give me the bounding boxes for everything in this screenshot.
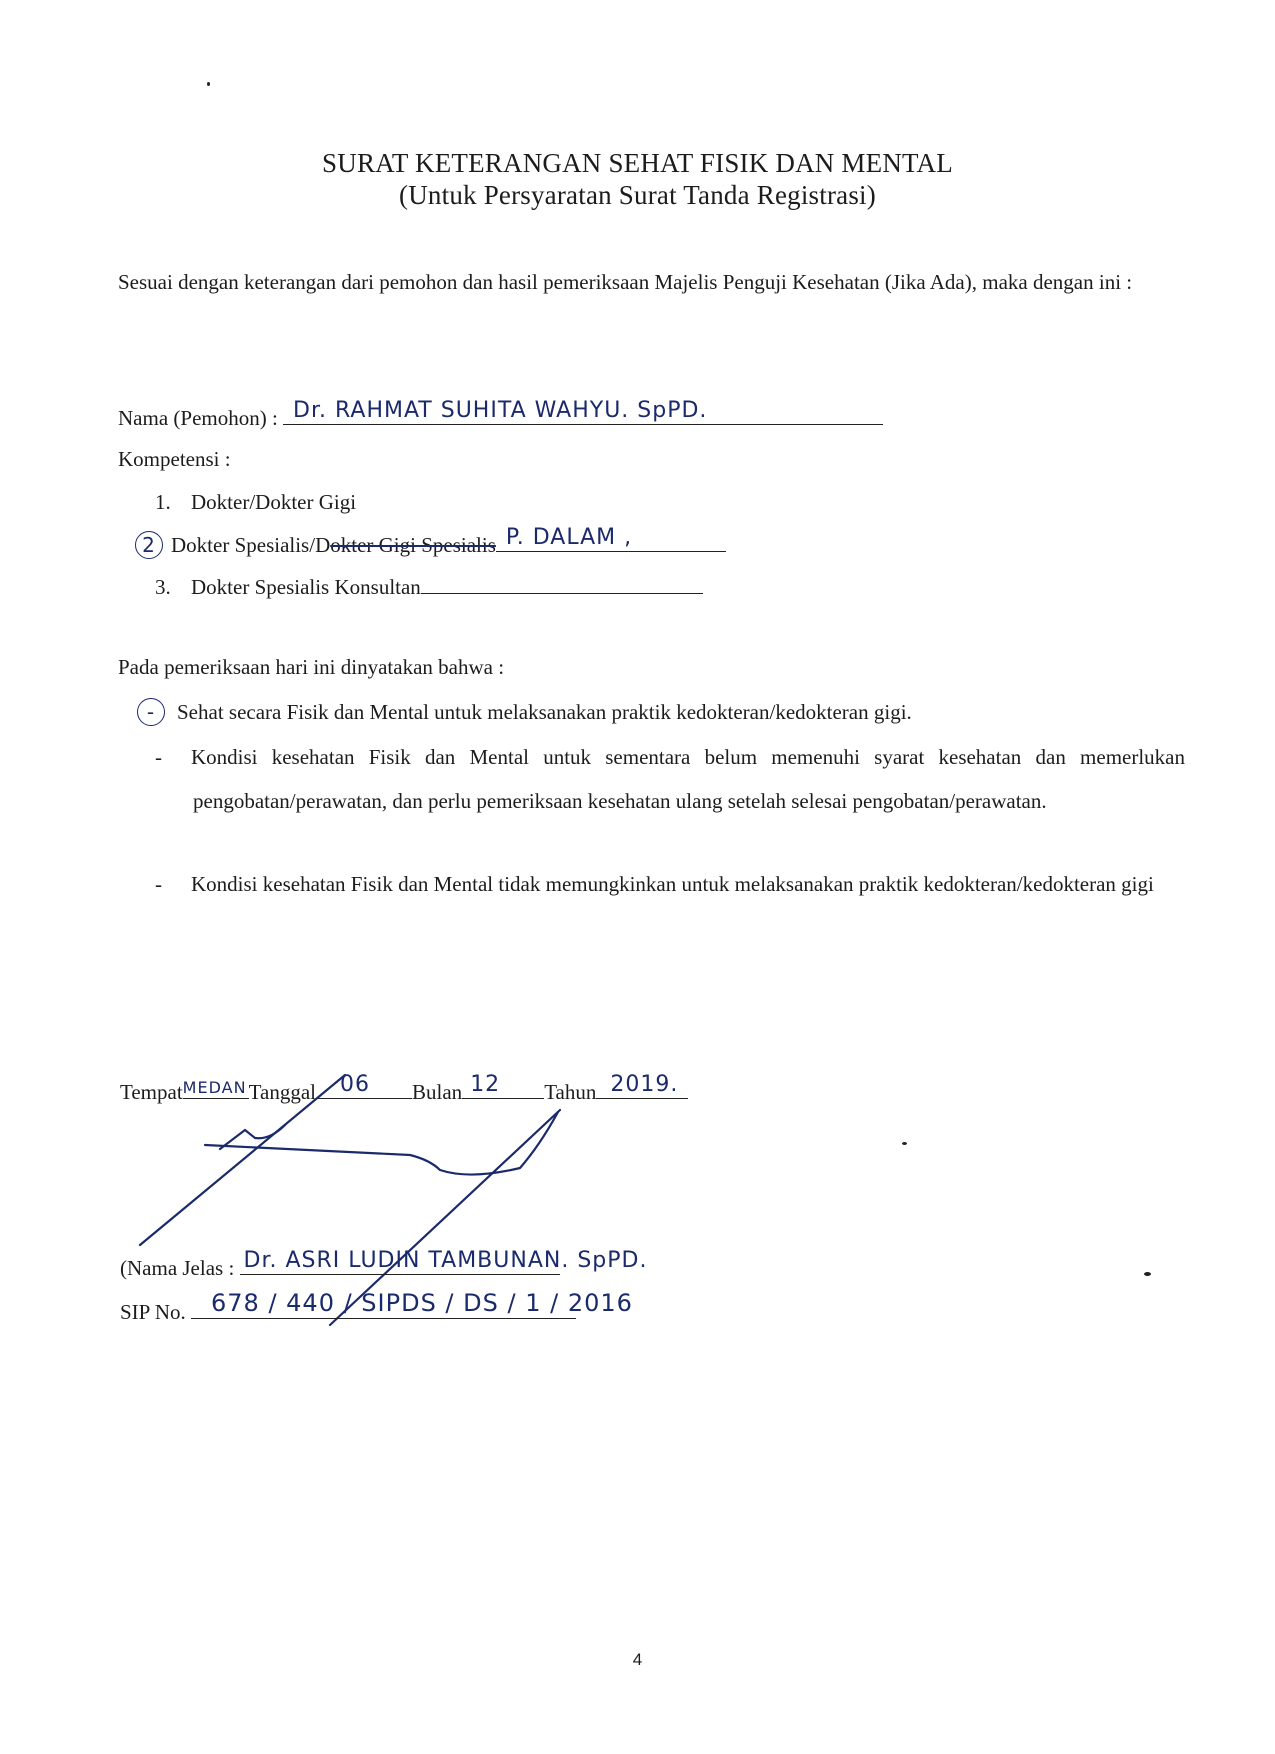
specialist-value: P. DALAM , bbox=[506, 525, 632, 550]
struck-text: okter Gigi Spesialis bbox=[330, 533, 496, 557]
option-text: Sehat secara Fisik dan Mental untuk mela… bbox=[177, 700, 912, 724]
day-field[interactable]: 06 bbox=[316, 1078, 412, 1099]
applicant-field[interactable]: Dr. RAHMAT SUHITA WAHYU. SpPD. bbox=[283, 402, 883, 425]
scan-speck bbox=[207, 82, 210, 86]
year-value: 2019. bbox=[610, 1072, 678, 1097]
place-label: Tempat bbox=[120, 1080, 183, 1104]
item-number: 3. bbox=[155, 575, 191, 600]
item-text: Dokter/Dokter Gigi bbox=[191, 490, 356, 514]
item-text: Dokter Spesialis Konsultan bbox=[191, 575, 421, 599]
sip-label: SIP No. bbox=[120, 1300, 186, 1324]
year-label: Tahun bbox=[544, 1080, 596, 1104]
document-title: SURAT KETERANGAN SEHAT FISIK DAN MENTAL bbox=[0, 148, 1275, 179]
signer-name-value: Dr. ASRI LUDIN TAMBUNAN. SpPD. bbox=[244, 1248, 648, 1273]
selected-circle-mark: - bbox=[137, 698, 165, 726]
day-value: 06 bbox=[340, 1072, 370, 1097]
sip-field[interactable]: 678 / 440 / SIPDS / DS / 1 / 2016 bbox=[191, 1296, 576, 1319]
month-value: 12 bbox=[470, 1072, 500, 1097]
scan-speck bbox=[1144, 1272, 1151, 1276]
place-field[interactable]: MEDAN bbox=[183, 1078, 249, 1099]
signer-name-row: (Nama Jelas : Dr. ASRI LUDIN TAMBUNAN. S… bbox=[120, 1252, 560, 1281]
competence-item-1[interactable]: 1.Dokter/Dokter Gigi bbox=[155, 490, 356, 515]
competence-item-2[interactable]: 2Dokter Spesialis/Dokter Gigi SpesialisP… bbox=[141, 531, 726, 559]
examination-label: Pada pemeriksaan hari ini dinyatakan bah… bbox=[118, 655, 504, 680]
intro-paragraph: Sesuai dengan keterangan dari pemohon da… bbox=[118, 262, 1148, 302]
month-label: Bulan bbox=[412, 1080, 462, 1104]
place-date-row: TempatMEDANTanggal06Bulan12Tahun2019. bbox=[120, 1078, 688, 1105]
competence-item-3[interactable]: 3.Dokter Spesialis Konsultan bbox=[155, 573, 703, 600]
page-number: 4 bbox=[0, 1650, 1275, 1670]
document-subtitle: (Untuk Persyaratan Surat Tanda Registras… bbox=[0, 180, 1275, 211]
sip-row: SIP No. 678 / 440 / SIPDS / DS / 1 / 201… bbox=[120, 1296, 576, 1325]
option-text: Kondisi kesehatan Fisik dan Mental tidak… bbox=[191, 872, 1154, 896]
applicant-value: Dr. RAHMAT SUHITA WAHYU. SpPD. bbox=[293, 398, 707, 423]
day-label: Tanggal bbox=[249, 1080, 316, 1104]
exam-option-3[interactable]: -Kondisi kesehatan Fisik dan Mental tida… bbox=[155, 862, 1185, 906]
scan-speck bbox=[902, 1142, 907, 1145]
signer-name-label: (Nama Jelas : bbox=[120, 1256, 234, 1280]
item-text: Dokter Spesialis/D bbox=[171, 533, 330, 557]
exam-option-1[interactable]: -Sehat secara Fisik dan Mental untuk mel… bbox=[137, 692, 1147, 732]
option-text: Kondisi kesehatan Fisik dan Mental untuk… bbox=[191, 745, 1185, 813]
applicant-row: Nama (Pemohon) : Dr. RAHMAT SUHITA WAHYU… bbox=[118, 402, 883, 431]
consultant-field[interactable] bbox=[421, 573, 703, 594]
document-page: SURAT KETERANGAN SEHAT FISIK DAN MENTAL … bbox=[0, 0, 1275, 1754]
place-value: MEDAN bbox=[183, 1078, 247, 1097]
exam-option-2[interactable]: -Kondisi kesehatan Fisik dan Mental untu… bbox=[155, 735, 1185, 823]
sip-value: 678 / 440 / SIPDS / DS / 1 / 2016 bbox=[211, 1289, 633, 1317]
option-marker: - bbox=[155, 862, 191, 906]
selected-circle-mark: 2 bbox=[135, 531, 163, 559]
item-number: 1. bbox=[155, 490, 191, 515]
specialist-field[interactable]: P. DALAM , bbox=[496, 531, 726, 552]
signer-name-field[interactable]: Dr. ASRI LUDIN TAMBUNAN. SpPD. bbox=[240, 1252, 560, 1275]
competence-label: Kompetensi : bbox=[118, 447, 231, 472]
year-field[interactable]: 2019. bbox=[596, 1078, 688, 1099]
month-field[interactable]: 12 bbox=[462, 1078, 544, 1099]
option-marker: - bbox=[155, 735, 191, 779]
applicant-label: Nama (Pemohon) : bbox=[118, 406, 278, 430]
